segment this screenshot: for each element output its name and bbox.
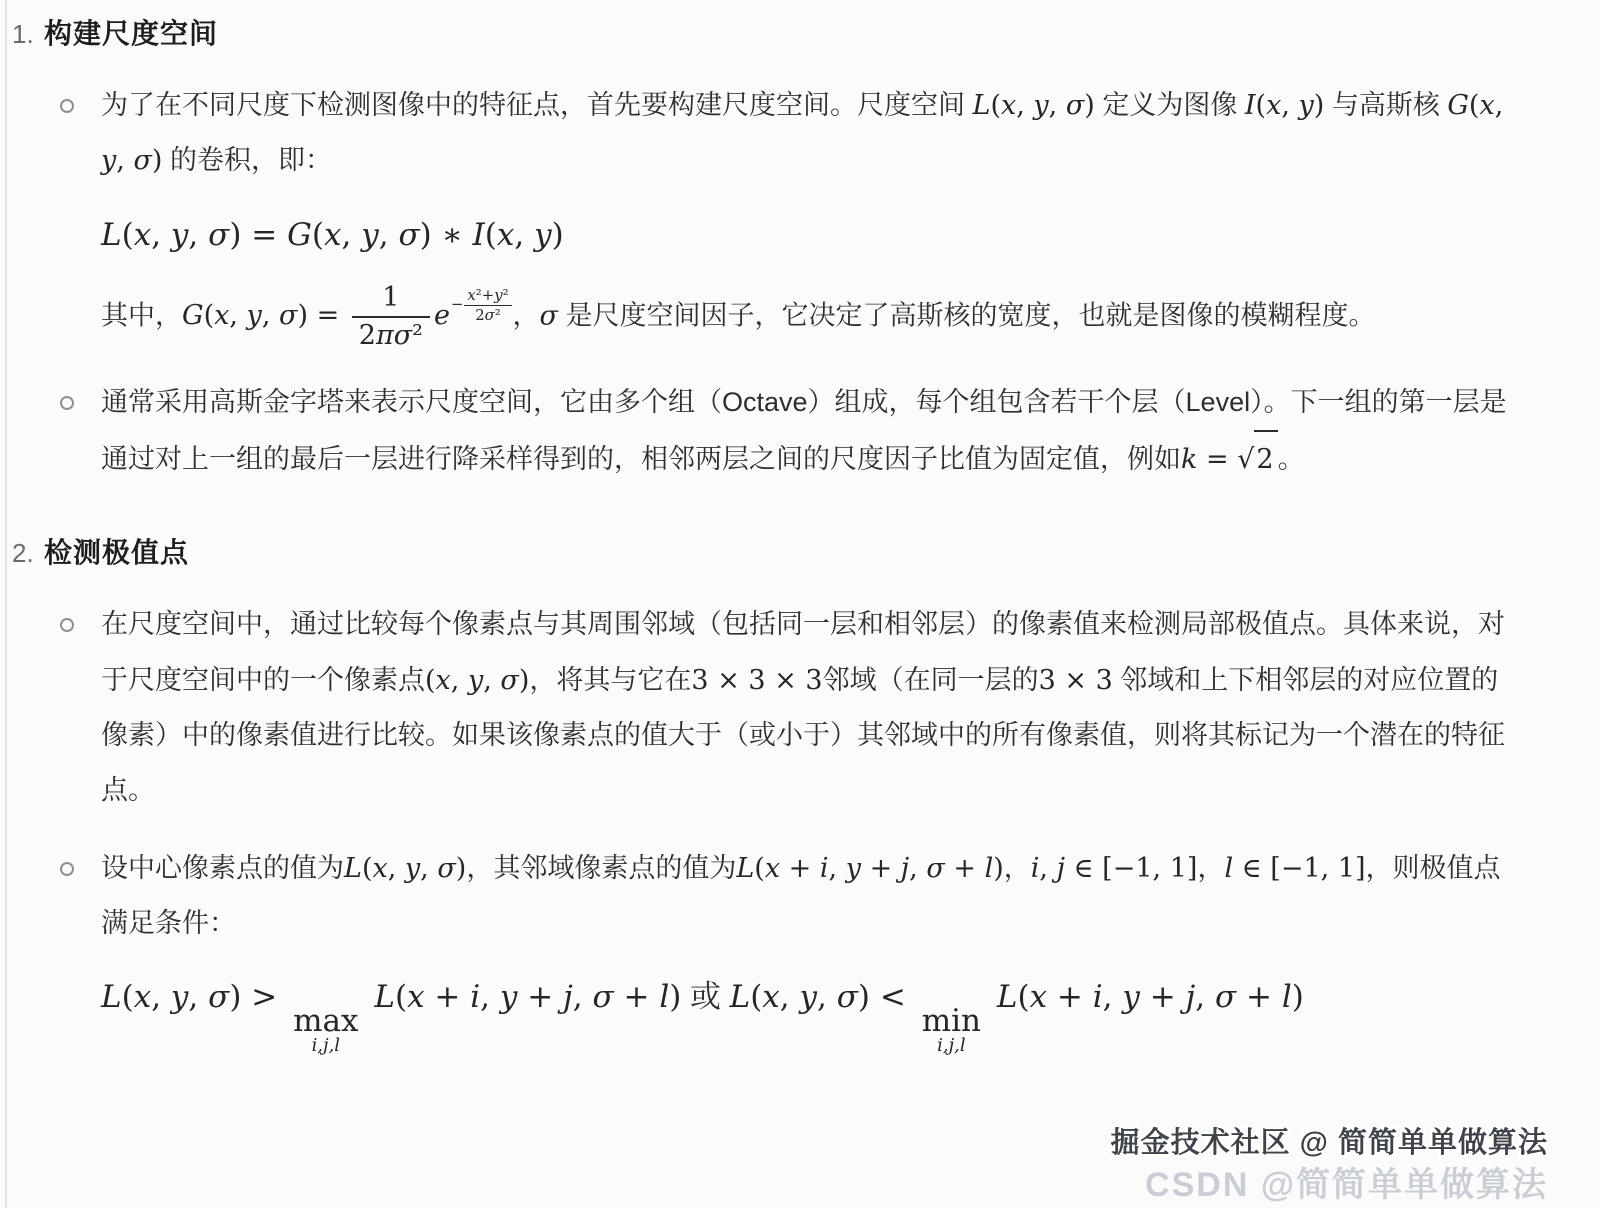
math-char: 3 [691,665,708,696]
math-char: σ [500,665,518,696]
math-char: = [1206,444,1229,475]
math-char [1094,853,1103,884]
math-char: + [789,853,812,884]
math-char: ) [420,217,432,253]
math-char [351,217,361,253]
math-char: − [451,295,463,313]
math-char: σ [592,979,613,1015]
math-char: , [829,853,838,884]
math-char: × [1064,665,1087,696]
math-char: 3 [805,665,822,696]
math-char: σ [398,217,419,253]
text-run: 。 [1278,444,1305,474]
operator-with-limits: maxi,j,l [293,1005,358,1056]
math-char: y [171,217,189,253]
math-char: , [909,853,918,884]
math-char: L [101,979,122,1015]
math-char: σ [1215,979,1236,1015]
math-char: − [1113,853,1136,884]
math-char: + [527,979,553,1015]
math-char [811,853,820,884]
math-char [161,217,171,253]
math-char: j [563,979,573,1015]
paragraph: 其中，G(x, y, σ) = 12πσ²e−x²+y²2σ²，σ 是尺度空间因… [101,281,1509,353]
math-char: L [997,979,1018,1015]
math-char [1233,853,1242,884]
math-char: + [434,979,460,1015]
math-char: x [134,979,151,1015]
math-char [1140,979,1150,1015]
paragraph: 通常采用高斯金字塔来表示尺度空间，它由多个组（Octave）组成，每个组包含若干… [101,375,1509,488]
display-formula: L(x, y, σ) = G(x, y, σ) ∗ I(x, y) [101,213,1509,257]
math-char: [ [1270,853,1281,884]
math-char: ) [1314,90,1325,121]
inline-math: L(x, y, σ) [973,90,1095,121]
math-char: − [1281,853,1304,884]
math-char: = [317,300,340,331]
math-char: L [730,979,751,1015]
math-char: + [1150,979,1176,1015]
text-run: 或 [681,979,729,1014]
math-char: x [1030,979,1047,1015]
math-char: σ [133,145,151,176]
math-char: G [1447,90,1469,121]
watermark: 掘金技术社区 @ 简简单单做算法 CSDN @简简单单做算法 [1111,1120,1548,1206]
math-char: ) [993,853,1004,884]
math-char: ) [456,853,467,884]
watermark-csdn: CSDN @简简单单做算法 [1111,1157,1548,1206]
math-char [1176,979,1186,1015]
math-char: ( [990,90,1001,121]
math-char: y [405,853,420,884]
math-char: y [1299,90,1314,121]
math-char: , [379,217,389,253]
math-char [1065,853,1074,884]
inline-math: L(x, y, σ) > maxi,j,l L(x + i, y + j, σ … [101,979,681,1015]
bullet-list: 在尺度空间中，通过比较每个像素点与其周围邻域（包括同一层和相邻层）的像素值来检测… [60,597,1542,1080]
math-char: 1 [1303,853,1320,884]
math-char [790,979,800,1015]
math-char [432,217,442,253]
inline-math: 3 × 3 [1039,665,1113,696]
math-char: ) [229,217,241,253]
math-char: σ [540,300,558,331]
math-char: , [1195,979,1205,1015]
text-run: 为了在不同尺度下检测图像中的特征点，首先要构建尺度空间。尺度空间 [101,90,973,120]
text-run: 邻域（在同一层的 [823,665,1039,695]
math-char: , [573,979,583,1015]
math-char [1113,979,1123,1015]
math-char: j [1186,979,1196,1015]
text-run: ，将其与它在 [529,665,691,695]
math-char: ( [312,217,324,253]
math-char: σ [437,853,455,884]
math-char: l [659,979,669,1015]
inline-math: I(x, y) [1245,90,1324,121]
bullet-circle-icon [60,99,74,113]
math-char [238,300,247,331]
math-char [1262,853,1271,884]
math-char [1205,979,1215,1015]
math-char: L [736,853,754,884]
math-char: ∈ [1074,853,1094,884]
math-char: , [1016,90,1025,121]
math-char: ( [1017,979,1029,1015]
math-char: , [1321,853,1330,884]
section-title: 检测极值点 [44,531,189,571]
math-char: [ [1102,853,1113,884]
math-char: x [1001,90,1016,121]
math-char [161,979,171,1015]
math-char: y [846,853,861,884]
math-char: y [361,217,379,253]
math-char [1236,979,1246,1015]
section-title: 构建尺度空间 [44,12,218,52]
math-char [277,217,287,253]
math-char: σ [208,217,229,253]
math-char: ) [1084,90,1095,121]
math-char [1048,853,1057,884]
math-char: , [116,145,125,176]
inline-math: G(x, y, σ) = 12πσ²e−x²+y²2σ² [182,300,513,331]
paragraph: 为了在不同尺度下检测图像中的特征点，首先要构建尺度空间。尺度空间 L(x, y,… [101,78,1509,189]
math-char: L [344,853,362,884]
math-char [1290,90,1299,121]
math-char: x [407,979,424,1015]
text-run: ， [1004,853,1031,883]
inline-math: i, j ∈ [−1, 1] [1031,853,1198,884]
math-char [1087,665,1096,696]
math-char: y [247,300,262,331]
math-char: ∈ [1242,853,1262,884]
text-run: 的卷积，即： [162,145,332,175]
display-formula: L(x, y, σ) > maxi,j,l L(x + i, y + j, σ … [101,975,1509,1056]
math-char: > [251,979,277,1015]
math-char: σ [279,300,297,331]
math-char: x [372,853,387,884]
inline-math: l ∈ [−1, 1] [1224,853,1365,884]
math-char: σ [1066,90,1084,121]
math-char [517,979,527,1015]
math-char: + [482,286,494,304]
math-char: ) [552,217,564,253]
math-char: = [251,217,277,253]
math-char: y [1122,979,1140,1015]
math-char: × [774,665,797,696]
math-char: σ [485,306,495,324]
math-char: + [1057,979,1083,1015]
math-char [987,979,997,1015]
math-char: ( [122,217,134,253]
math-char: , [514,217,524,253]
math-char: ( [122,979,134,1015]
math-char: l [1224,853,1233,884]
math-char: 3 [1039,665,1056,696]
inline-math: L(x, y, σ) < mini,j,l L(x + i, y + j, σ … [730,979,1304,1015]
math-char: ) [152,145,163,176]
math-char: 3 [1096,665,1113,696]
math-char [460,979,470,1015]
math-char: G [182,300,204,331]
math-char: σ [208,979,229,1015]
section-heading: 2.检测极值点 [12,531,1542,571]
section-heading: 1.构建尺度空间 [12,12,1542,52]
math-char: 3 [748,665,765,696]
math-char [277,979,287,1015]
math-char: ) [519,665,530,696]
list-number: 1. [12,19,44,50]
math-char [365,979,375,1015]
math-char: σ [394,320,412,351]
math-char: x [765,853,780,884]
math-char [389,217,399,253]
math-char [892,853,901,884]
math-char: , [151,979,161,1015]
math-char: I [473,217,485,253]
math-char: , [1049,90,1058,121]
math-char [1047,979,1057,1015]
math-char: 1 [1135,853,1152,884]
math-char: , [780,979,790,1015]
math-char: ( [204,300,215,331]
math-char [837,853,846,884]
math-char [308,300,317,331]
math-char [861,853,870,884]
math-char: ( [1469,90,1480,121]
math-char: 1 [1338,853,1355,884]
math-char: 1 [1170,853,1187,884]
math-char: x [214,300,229,331]
math-char [463,217,473,253]
bullet-item: 通常采用高斯金字塔来表示尺度空间，它由多个组（Octave）组成，每个组包含若干… [60,375,1542,488]
paragraph: 在尺度空间中，通过比较每个像素点与其周围邻域（包括同一层和相邻层）的像素值来检测… [101,597,1509,818]
math-char: , [151,217,161,253]
math-char [1083,979,1093,1015]
left-border-line [5,0,7,1208]
math-char: y [500,979,518,1015]
text-run: 与高斯核 [1324,90,1447,120]
math-char: L [101,217,122,253]
fraction: 12πσ² [352,281,430,353]
math-char: , [1153,853,1162,884]
bullet-circle-icon [60,618,74,632]
math-char: π [376,320,394,351]
math-char: ] [1355,853,1366,884]
math-char: ) [297,300,308,331]
math-char: ² [503,286,509,304]
math-char [241,979,251,1015]
math-char [198,217,208,253]
math-char [709,665,718,696]
math-char: × [717,665,740,696]
math-char: l [1282,979,1292,1015]
math-char: ( [485,217,497,253]
inline-math: k = √2 [1181,444,1278,475]
math-char: k [1181,444,1197,475]
math-char: e [434,300,450,331]
math-char: , [188,979,198,1015]
math-char [649,979,659,1015]
math-char [1329,853,1338,884]
math-char: + [953,853,976,884]
text-run: 设中心像素点的值为 [101,853,344,883]
section-gap [12,509,1542,527]
math-char: x [436,665,451,696]
math-char [1057,90,1066,121]
sqrt: √2 [1237,430,1277,487]
math-char: ) [1292,979,1304,1015]
math-char: y [468,665,483,696]
math-char: ( [425,665,436,696]
math-char: x [762,979,779,1015]
math-char [270,300,279,331]
math-char [553,979,563,1015]
math-char: 2 [475,306,484,324]
math-char: x [497,217,514,253]
math-char: ² [495,306,501,324]
math-char [1197,444,1206,475]
math-char: ( [750,979,762,1015]
math-char [1272,979,1282,1015]
inline-math: L(x, y, σ) = G(x, y, σ) ∗ I(x, y) [101,217,564,253]
math-char: 2 [359,320,376,351]
math-char: y [534,217,552,253]
math-char [583,979,593,1015]
math-char: x [1479,90,1494,121]
math-char [1161,853,1170,884]
math-char: + [870,853,893,884]
bullet-item: 设中心像素点的值为L(x, y, σ)，其邻域像素点的值为L(x + i, y … [60,841,1542,1080]
math-char: , [1281,90,1290,121]
math-char: , [188,217,198,253]
math-char: 1 [382,282,399,313]
math-char: , [1039,853,1048,884]
math-char: ) [858,979,870,1015]
math-char: < [880,979,906,1015]
math-char: y [1033,90,1048,121]
math-char [1229,444,1238,475]
math-char: ( [1256,90,1267,121]
math-char: ( [362,853,373,884]
inline-math: (x, y, σ) [425,665,529,696]
math-char: ² [412,320,423,351]
text-run: ，其邻域像素点的值为 [466,853,736,883]
math-char [766,665,775,696]
math-char: L [973,90,991,121]
math-char: x [134,217,151,253]
math-char [614,979,624,1015]
operator-with-limits: mini,j,l [922,1005,981,1056]
math-char: y [171,979,189,1015]
bullet-circle-icon [60,396,74,410]
math-char [827,979,837,1015]
math-char [780,853,789,884]
math-char: , [420,853,429,884]
math-char: , [483,665,492,696]
math-char: ( [395,979,407,1015]
math-char: i [1093,979,1103,1015]
math-char: , [1495,90,1504,121]
math-char: ] [1187,853,1198,884]
text-run: 定义为图像 [1095,90,1245,120]
math-char [339,300,348,331]
math-char [396,853,405,884]
math-char: ( [754,853,765,884]
inline-math: 3 × 3 × 3 [691,665,822,696]
math-char [976,853,985,884]
math-char: , [341,217,351,253]
math-char [870,979,880,1015]
math-char: ∗ [442,217,463,253]
bullet-content: 设中心像素点的值为L(x, y, σ)，其邻域像素点的值为L(x + i, y … [101,841,1509,1080]
math-char: i [820,853,829,884]
math-char [241,217,251,253]
math-char: I [1245,90,1256,121]
math-char: L [374,979,395,1015]
math-char: y [101,145,116,176]
bullet-content: 在尺度空间中，通过比较每个像素点与其周围邻域（包括同一层和相邻层）的像素值来检测… [101,597,1509,818]
text-run: 是尺度空间因子，它决定了高斯核的宽度，也就是图像的模糊程度。 [558,300,1376,330]
bullet-content: 通常采用高斯金字塔来表示尺度空间，它由多个组（Octave）组成，每个组包含若干… [101,375,1509,488]
math-char: + [1246,979,1272,1015]
bullet-content: 为了在不同尺度下检测图像中的特征点，首先要构建尺度空间。尺度空间 L(x, y,… [101,78,1509,353]
bullet-item: 为了在不同尺度下检测图像中的特征点，首先要构建尺度空间。尺度空间 L(x, y,… [60,78,1542,353]
bullet-item: 在尺度空间中，通过比较每个像素点与其周围邻域（包括同一层和相邻层）的像素值来检测… [60,597,1542,818]
bullet-circle-icon [60,862,74,876]
math-char: , [1103,979,1113,1015]
paragraph: 设中心像素点的值为L(x, y, σ)，其邻域像素点的值为L(x + i, y … [101,841,1509,952]
math-char: , [817,979,827,1015]
math-char [459,665,468,696]
math-char: i [470,979,480,1015]
math-char [906,979,916,1015]
math-char: x [467,286,475,304]
math-char: ) [669,979,681,1015]
text-run: ， [1197,853,1224,883]
text-run: ， [513,300,540,330]
text-run: 其中， [101,300,182,330]
math-char: x [324,217,341,253]
math-char: y [800,979,818,1015]
math-char: y [494,286,502,304]
list-number: 2. [12,538,44,569]
bullet-list: 为了在不同尺度下检测图像中的特征点，首先要构建尺度空间。尺度空间 L(x, y,… [60,78,1542,487]
inline-math: L(x + i, y + j, σ + l) [736,853,1003,884]
math-char: σ [837,979,858,1015]
math-char: j [901,853,909,884]
fraction: x²+y²2σ² [464,286,511,324]
watermark-juejin: 掘金技术社区 @ 简简单单做算法 [1111,1120,1548,1161]
math-char: G [287,217,312,253]
exponent: −x²+y²2σ² [451,286,513,324]
math-char [198,979,208,1015]
math-char: + [623,979,649,1015]
inline-math: L(x, y, σ) [344,853,466,884]
math-char: ) [229,979,241,1015]
math-char [524,217,534,253]
math-char: j [1057,853,1065,884]
math-char [490,979,500,1015]
math-char [425,979,435,1015]
math-char: , [229,300,238,331]
math-char: l [985,853,994,884]
math-char: x [1266,90,1281,121]
document-body: 1.构建尺度空间为了在不同尺度下检测图像中的特征点，首先要构建尺度空间。尺度空间… [0,0,1600,1080]
inline-math: σ [540,300,558,331]
math-char: , [480,979,490,1015]
math-char: σ [926,853,944,884]
math-char: 2 [1256,444,1273,475]
